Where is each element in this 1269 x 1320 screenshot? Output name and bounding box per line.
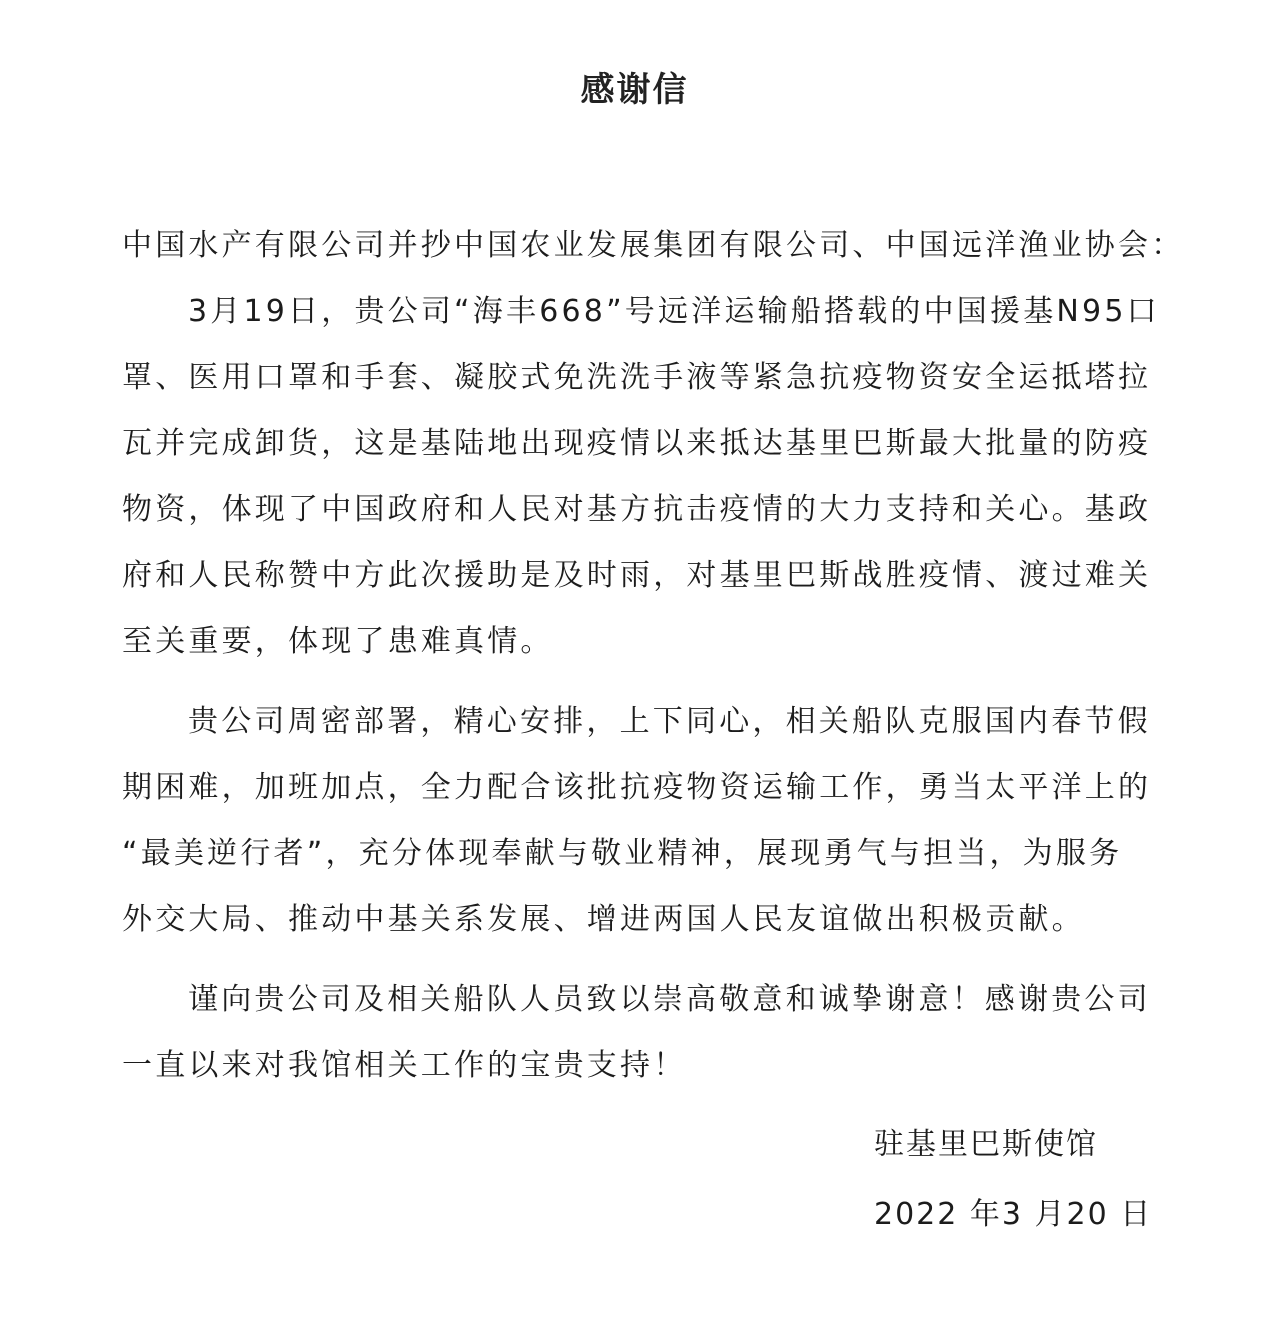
paragraph-line: 贵公司周密部署，精心安排，上下同心，相关船队克服国内春节假 — [122, 689, 1172, 755]
letter-date: 2022 年3 月20 日 — [874, 1180, 1152, 1250]
paragraph-line: 外交大局、推动中基关系发展、增进两国人民友谊做出积极贡献。 — [122, 887, 1172, 953]
paragraph-line: “最美逆行者”，充分体现奉献与敬业精神，展现勇气与担当，为服务 — [122, 821, 1172, 887]
paragraph-gap — [122, 675, 1172, 689]
letter-body: 中国水产有限公司并抄中国农业发展集团有限公司、中国远洋渔业协会： 3月19日，贵… — [122, 213, 1172, 1099]
paragraph-line: 一直以来对我馆相关工作的宝贵支持！ — [122, 1033, 1172, 1099]
paragraph-line: 府和人民称赞中方此次援助是及时雨，对基里巴斯战胜疫情、渡过难关 — [122, 543, 1172, 609]
paragraph-line: 期困难，加班加点，全力配合该批抗疫物资运输工作，勇当太平洋上的 — [122, 755, 1172, 821]
paragraph-line: 罩、医用口罩和手套、凝胶式免洗洗手液等紧急抗疫物资安全运抵塔拉 — [122, 345, 1172, 411]
paragraph-line: 物资，体现了中国政府和人民对基方抗击疫情的大力支持和关心。基政 — [122, 477, 1172, 543]
paragraph-gap — [122, 953, 1172, 967]
paragraph-line: 谨向贵公司及相关船队人员致以崇高敬意和诚挚谢意！感谢贵公司 — [122, 967, 1172, 1033]
paragraph-line: 至关重要，体现了患难真情。 — [122, 609, 1172, 675]
paragraph-2: 贵公司周密部署，精心安排，上下同心，相关船队克服国内春节假 期困难，加班加点，全… — [122, 689, 1172, 953]
paragraph-line: 3月19日，贵公司“海丰668”号远洋运输船搭载的中国援基N95口 — [122, 279, 1172, 345]
sender-name: 驻基里巴斯使馆 — [874, 1110, 1152, 1180]
letter-title: 感谢信 — [0, 62, 1269, 111]
salutation: 中国水产有限公司并抄中国农业发展集团有限公司、中国远洋渔业协会： — [122, 213, 1172, 279]
paragraph-3: 谨向贵公司及相关船队人员致以崇高敬意和诚挚谢意！感谢贵公司 一直以来对我馆相关工… — [122, 967, 1172, 1099]
paragraph-1: 3月19日，贵公司“海丰668”号远洋运输船搭载的中国援基N95口 罩、医用口罩… — [122, 279, 1172, 675]
signature-block: 驻基里巴斯使馆 2022 年3 月20 日 — [874, 1110, 1152, 1250]
paragraph-line: 瓦并完成卸货，这是基陆地出现疫情以来抵达基里巴斯最大批量的防疫 — [122, 411, 1172, 477]
letter-page: 感谢信 中国水产有限公司并抄中国农业发展集团有限公司、中国远洋渔业协会： 3月1… — [0, 0, 1269, 1320]
